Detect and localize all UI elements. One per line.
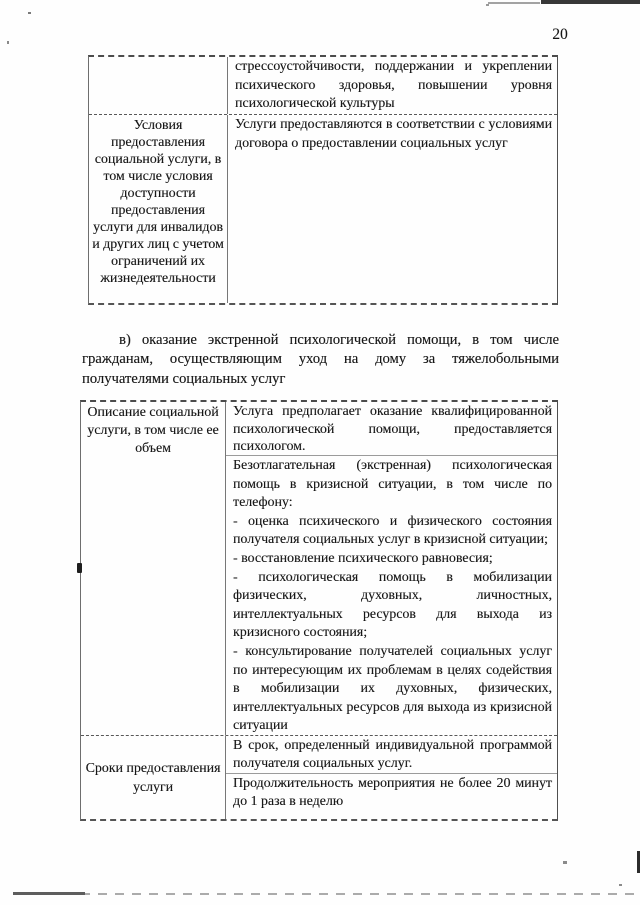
table-row: Условия предоставления социальной услуги… xyxy=(89,114,557,303)
scan-artifact-speck xyxy=(486,4,489,6)
cell-text: Сроки предоставления услуги xyxy=(84,760,222,796)
cell-text: Условия предоставления социальной услуги… xyxy=(92,117,224,287)
cell-text: Услуга предполагает оказание квалифициро… xyxy=(233,403,552,456)
cell-text: - восстановление психического равновесия… xyxy=(233,550,552,569)
cell-text: - консультирование получателей социальны… xyxy=(233,643,552,736)
cell-text: Описание социальной услуги, в том числе … xyxy=(84,404,222,459)
table-cell-term-empty xyxy=(89,57,227,114)
cell-text: стрессоустойчивости, поддержании и укреп… xyxy=(235,58,552,114)
cell-text: В срок, определенный индивидуальной прог… xyxy=(233,737,552,773)
document-page: 20 стрессоустойчивости, поддержании и ук… xyxy=(0,0,640,905)
scan-artifact-bottom-line-dark xyxy=(13,892,85,895)
table-row: стрессоустойчивости, поддержании и укреп… xyxy=(89,57,557,114)
page-number: 20 xyxy=(548,26,572,44)
table-subcell: Безотлагательная (экстренная) психологич… xyxy=(226,455,557,735)
table-service-conditions: стрессоустойчивости, поддержании и укреп… xyxy=(88,55,558,305)
scan-artifact-speck xyxy=(619,884,622,886)
cell-text: - оценка психического и физического сост… xyxy=(233,513,552,550)
table-cell-definition: Услуга предполагает оказание квалифициро… xyxy=(225,402,557,735)
table-cell-term: Условия предоставления социальной услуги… xyxy=(89,115,227,303)
table-cell-definition: стрессоустойчивости, поддержании и укреп… xyxy=(227,57,557,114)
scan-artifact-speck xyxy=(7,41,9,44)
cell-text: Продолжительность мероприятия не более 2… xyxy=(233,775,552,812)
paragraph-item-v: в) оказание экстренной психологической п… xyxy=(82,331,559,389)
table-cell-definition: Услуги предоставляются в соответствии с … xyxy=(227,115,557,303)
scan-artifact-bottom-line xyxy=(13,893,635,895)
table-row: Сроки предоставления услуги В срок, опре… xyxy=(81,735,557,819)
scan-artifact-top-line-thick xyxy=(541,0,640,4)
table-subcell: Продолжительность мероприятия не более 2… xyxy=(226,773,557,819)
cell-text: - психологическая помощь в мобилизации ф… xyxy=(233,569,552,643)
scan-artifact-speck xyxy=(28,12,31,14)
cell-text: Безотлагательная (экстренная) психологич… xyxy=(233,457,552,513)
scan-artifact-top-line-thin xyxy=(488,2,540,4)
table-subcell: В срок, определенный индивидуальной прог… xyxy=(226,736,557,773)
table-service-description: Описание социальной услуги, в том числе … xyxy=(80,400,558,821)
table-row: Описание социальной услуги, в том числе … xyxy=(81,402,557,735)
table-subcell: Услуга предполагает оказание квалифициро… xyxy=(226,402,557,455)
table-cell-term: Сроки предоставления услуги xyxy=(81,736,225,819)
cell-text: Услуги предоставляются в соответствии с … xyxy=(235,116,552,153)
scan-artifact-speck xyxy=(563,861,567,864)
table-cell-term: Описание социальной услуги, в том числе … xyxy=(81,402,225,735)
table-cell-definition: В срок, определенный индивидуальной прог… xyxy=(225,736,557,819)
